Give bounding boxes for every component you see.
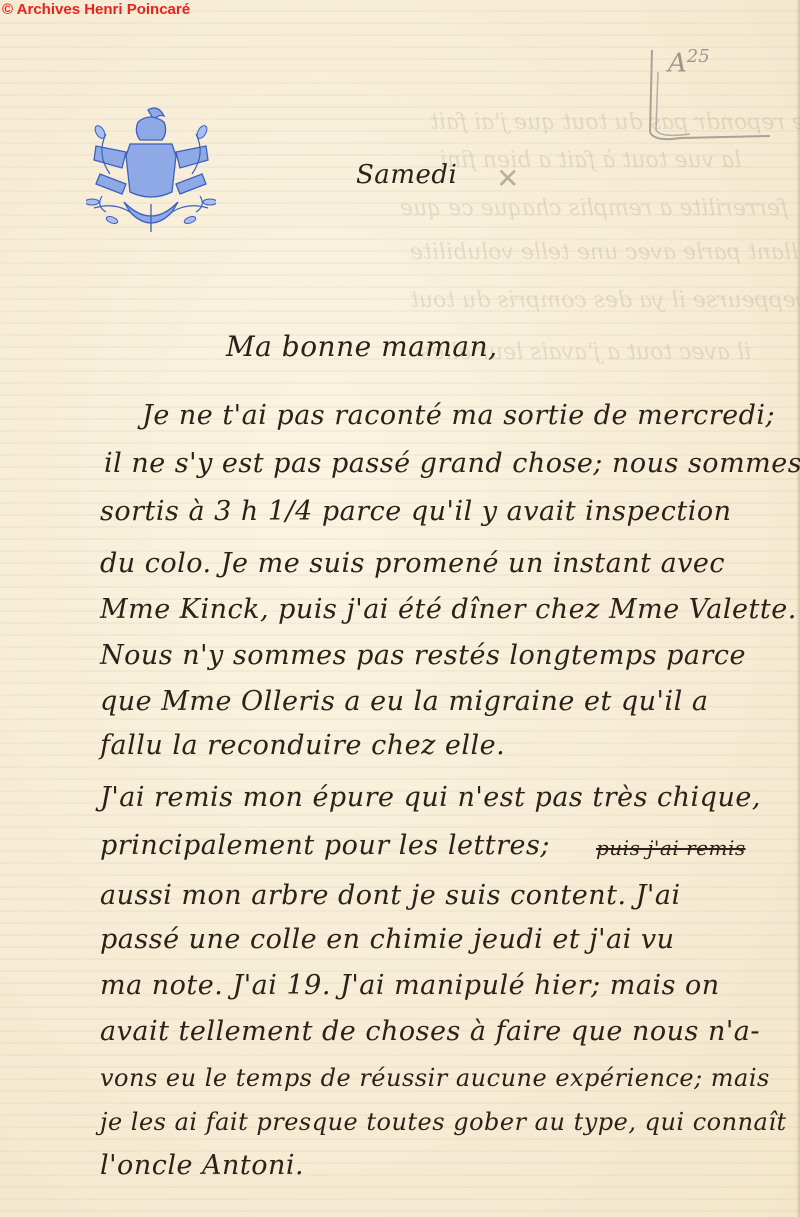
archive-catalog-mark: A25 xyxy=(640,42,800,142)
letter-line: Je ne t'ai pas raconté ma sortie de merc… xyxy=(142,400,775,431)
letter-line: que Mme Olleris a eu la migraine et qu'i… xyxy=(100,686,708,717)
bleed-through-text: yeppeurse il ya des compris du tout xyxy=(410,288,800,313)
letter-line: principalement pour les lettres; xyxy=(100,830,550,861)
letter-line: je les ai fait presque toutes gober au t… xyxy=(100,1108,787,1136)
letter-line: Mme Kinck, puis j'ai été dîner chez Mme … xyxy=(100,594,797,625)
letter-salutation: Ma bonne maman, xyxy=(226,330,498,363)
bleed-through-text: brillant parle avec une telle volubilite xyxy=(410,240,800,265)
coat-of-arms-crest-icon xyxy=(86,104,216,236)
letter-line: Nous n'y sommes pas restés longtemps par… xyxy=(100,640,746,671)
bleed-through-text: la vue tout à fait a bien fini xyxy=(440,148,741,173)
letter-line: aussi mon arbre dont je suis content. J'… xyxy=(100,880,681,911)
letter-line: il ne s'y est pas passé grand chose; nou… xyxy=(104,448,800,479)
letter-date: Samedi xyxy=(356,160,457,190)
letter-line: avait tellement de choses à faire que no… xyxy=(100,1016,760,1047)
letter-line: vons eu le temps de réussir aucune expér… xyxy=(100,1064,770,1092)
letter-line: J'ai remis mon épure qui n'est pas très … xyxy=(100,782,761,813)
archive-code: A25 xyxy=(668,46,710,79)
letter-line: sortis à 3 h 1/4 parce qu'il y avait ins… xyxy=(100,496,732,527)
bleed-through-text: ferrerilite a remplis chaque ce que xyxy=(400,196,788,221)
letter-line: passé une colle en chimie jeudi et j'ai … xyxy=(100,924,675,955)
letter-line: ma note. J'ai 19. J'ai manipulé hier; ma… xyxy=(100,970,720,1001)
pencil-x-mark: ✕ xyxy=(496,162,519,195)
archive-bracket-icon xyxy=(640,42,800,142)
copyright-watermark: © Archives Henri Poincaré xyxy=(2,1,190,18)
letter-line: du colo. Je me suis promené un instant a… xyxy=(100,548,725,579)
letter-line: l'oncle Antoni. xyxy=(100,1150,304,1181)
struck-text: puis j'ai remis xyxy=(596,836,746,860)
letter-line: fallu la reconduire chez elle. xyxy=(100,730,505,761)
